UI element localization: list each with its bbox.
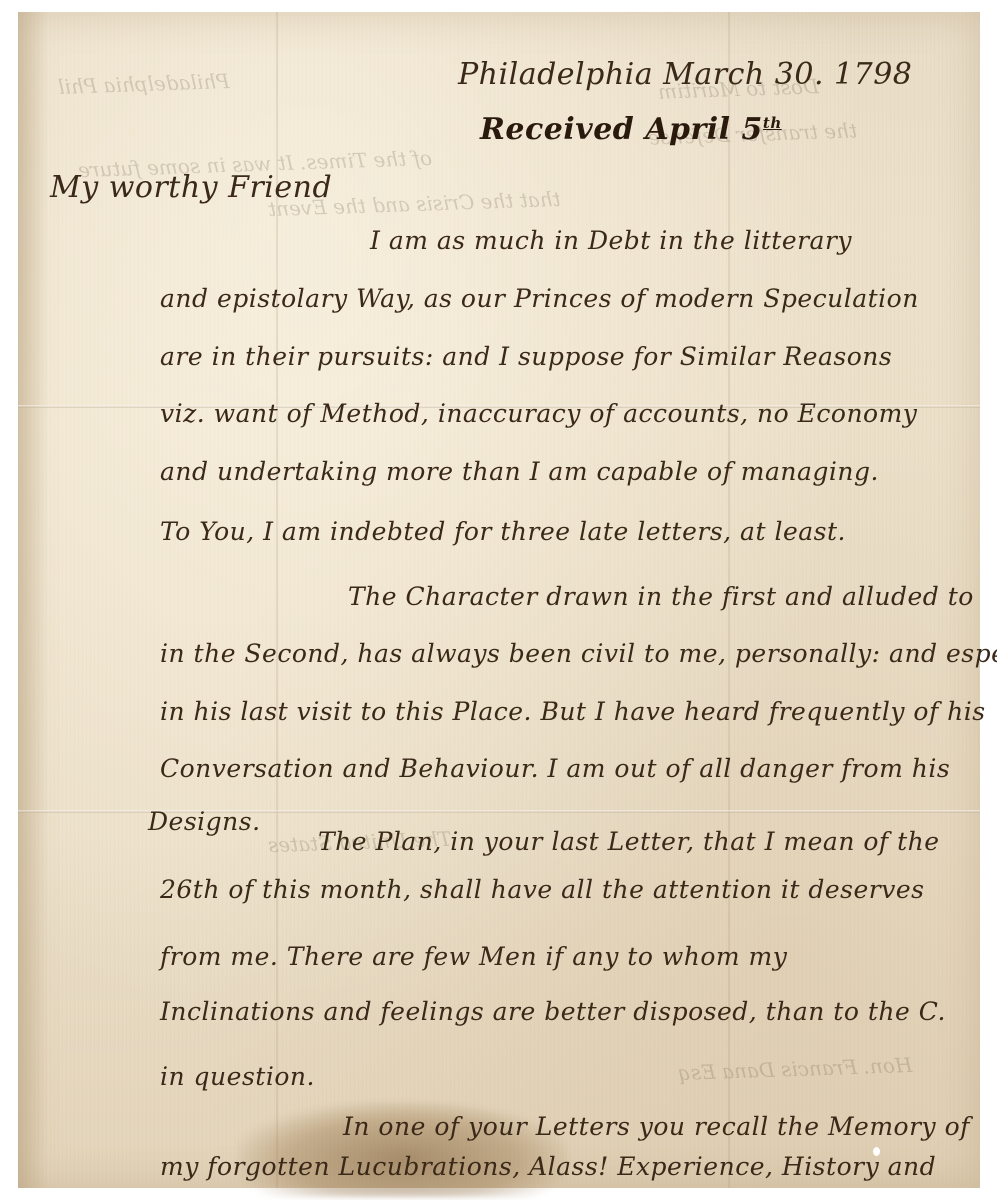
letter-line: Conversation and Behaviour. I am out of … <box>160 754 950 783</box>
letter-line: The Character drawn in the first and all… <box>348 582 974 611</box>
letter-line: in question. <box>160 1062 315 1091</box>
letter-line: Inclinations and feelings are better dis… <box>160 997 946 1026</box>
letter-line: I am as much in Debt in the litterary <box>370 226 852 255</box>
letter-line: from me. There are few Men if any to who… <box>160 942 787 971</box>
letter-line: are in their pursuits: and I suppose for… <box>160 342 892 371</box>
letter-line: 26th of this month, shall have all the a… <box>160 875 925 904</box>
bleed-through-text: Hon. Francis Dana Esq <box>678 1053 913 1085</box>
letter-line: In one of your Letters you recall the Me… <box>343 1112 970 1141</box>
letter-line: Designs. <box>148 807 261 836</box>
letter-line: in the Second, has always been civil to … <box>160 639 997 668</box>
received-note: Received April 5th <box>480 112 782 147</box>
bleed-through-text: Philadelphia Phil <box>58 69 230 99</box>
letter-line: The Plan, in your last Letter, that I me… <box>318 827 940 856</box>
letter-page: Philadelphia Phil Dost to Maritim the tr… <box>18 12 980 1188</box>
place-and-date: Philadelphia March 30. 1798 <box>458 57 912 92</box>
letter-line: To You, I am indebted for three late let… <box>160 517 846 546</box>
letter-line: my forgotten Lucubrations, Alass! Experi… <box>160 1152 936 1181</box>
paper-edge-shading <box>18 12 48 1188</box>
letter-line: viz. want of Method, inaccuracy of accou… <box>160 399 917 428</box>
received-label: Received April 5 <box>480 112 763 147</box>
letter-line: and undertaking more than I am capable o… <box>160 457 879 486</box>
received-suffix: th <box>763 114 782 132</box>
letter-line: in his last visit to this Place. But I h… <box>160 697 986 726</box>
letter-line: and epistolary Way, as our Princes of mo… <box>160 284 919 313</box>
salutation: My worthy Friend <box>50 170 332 205</box>
